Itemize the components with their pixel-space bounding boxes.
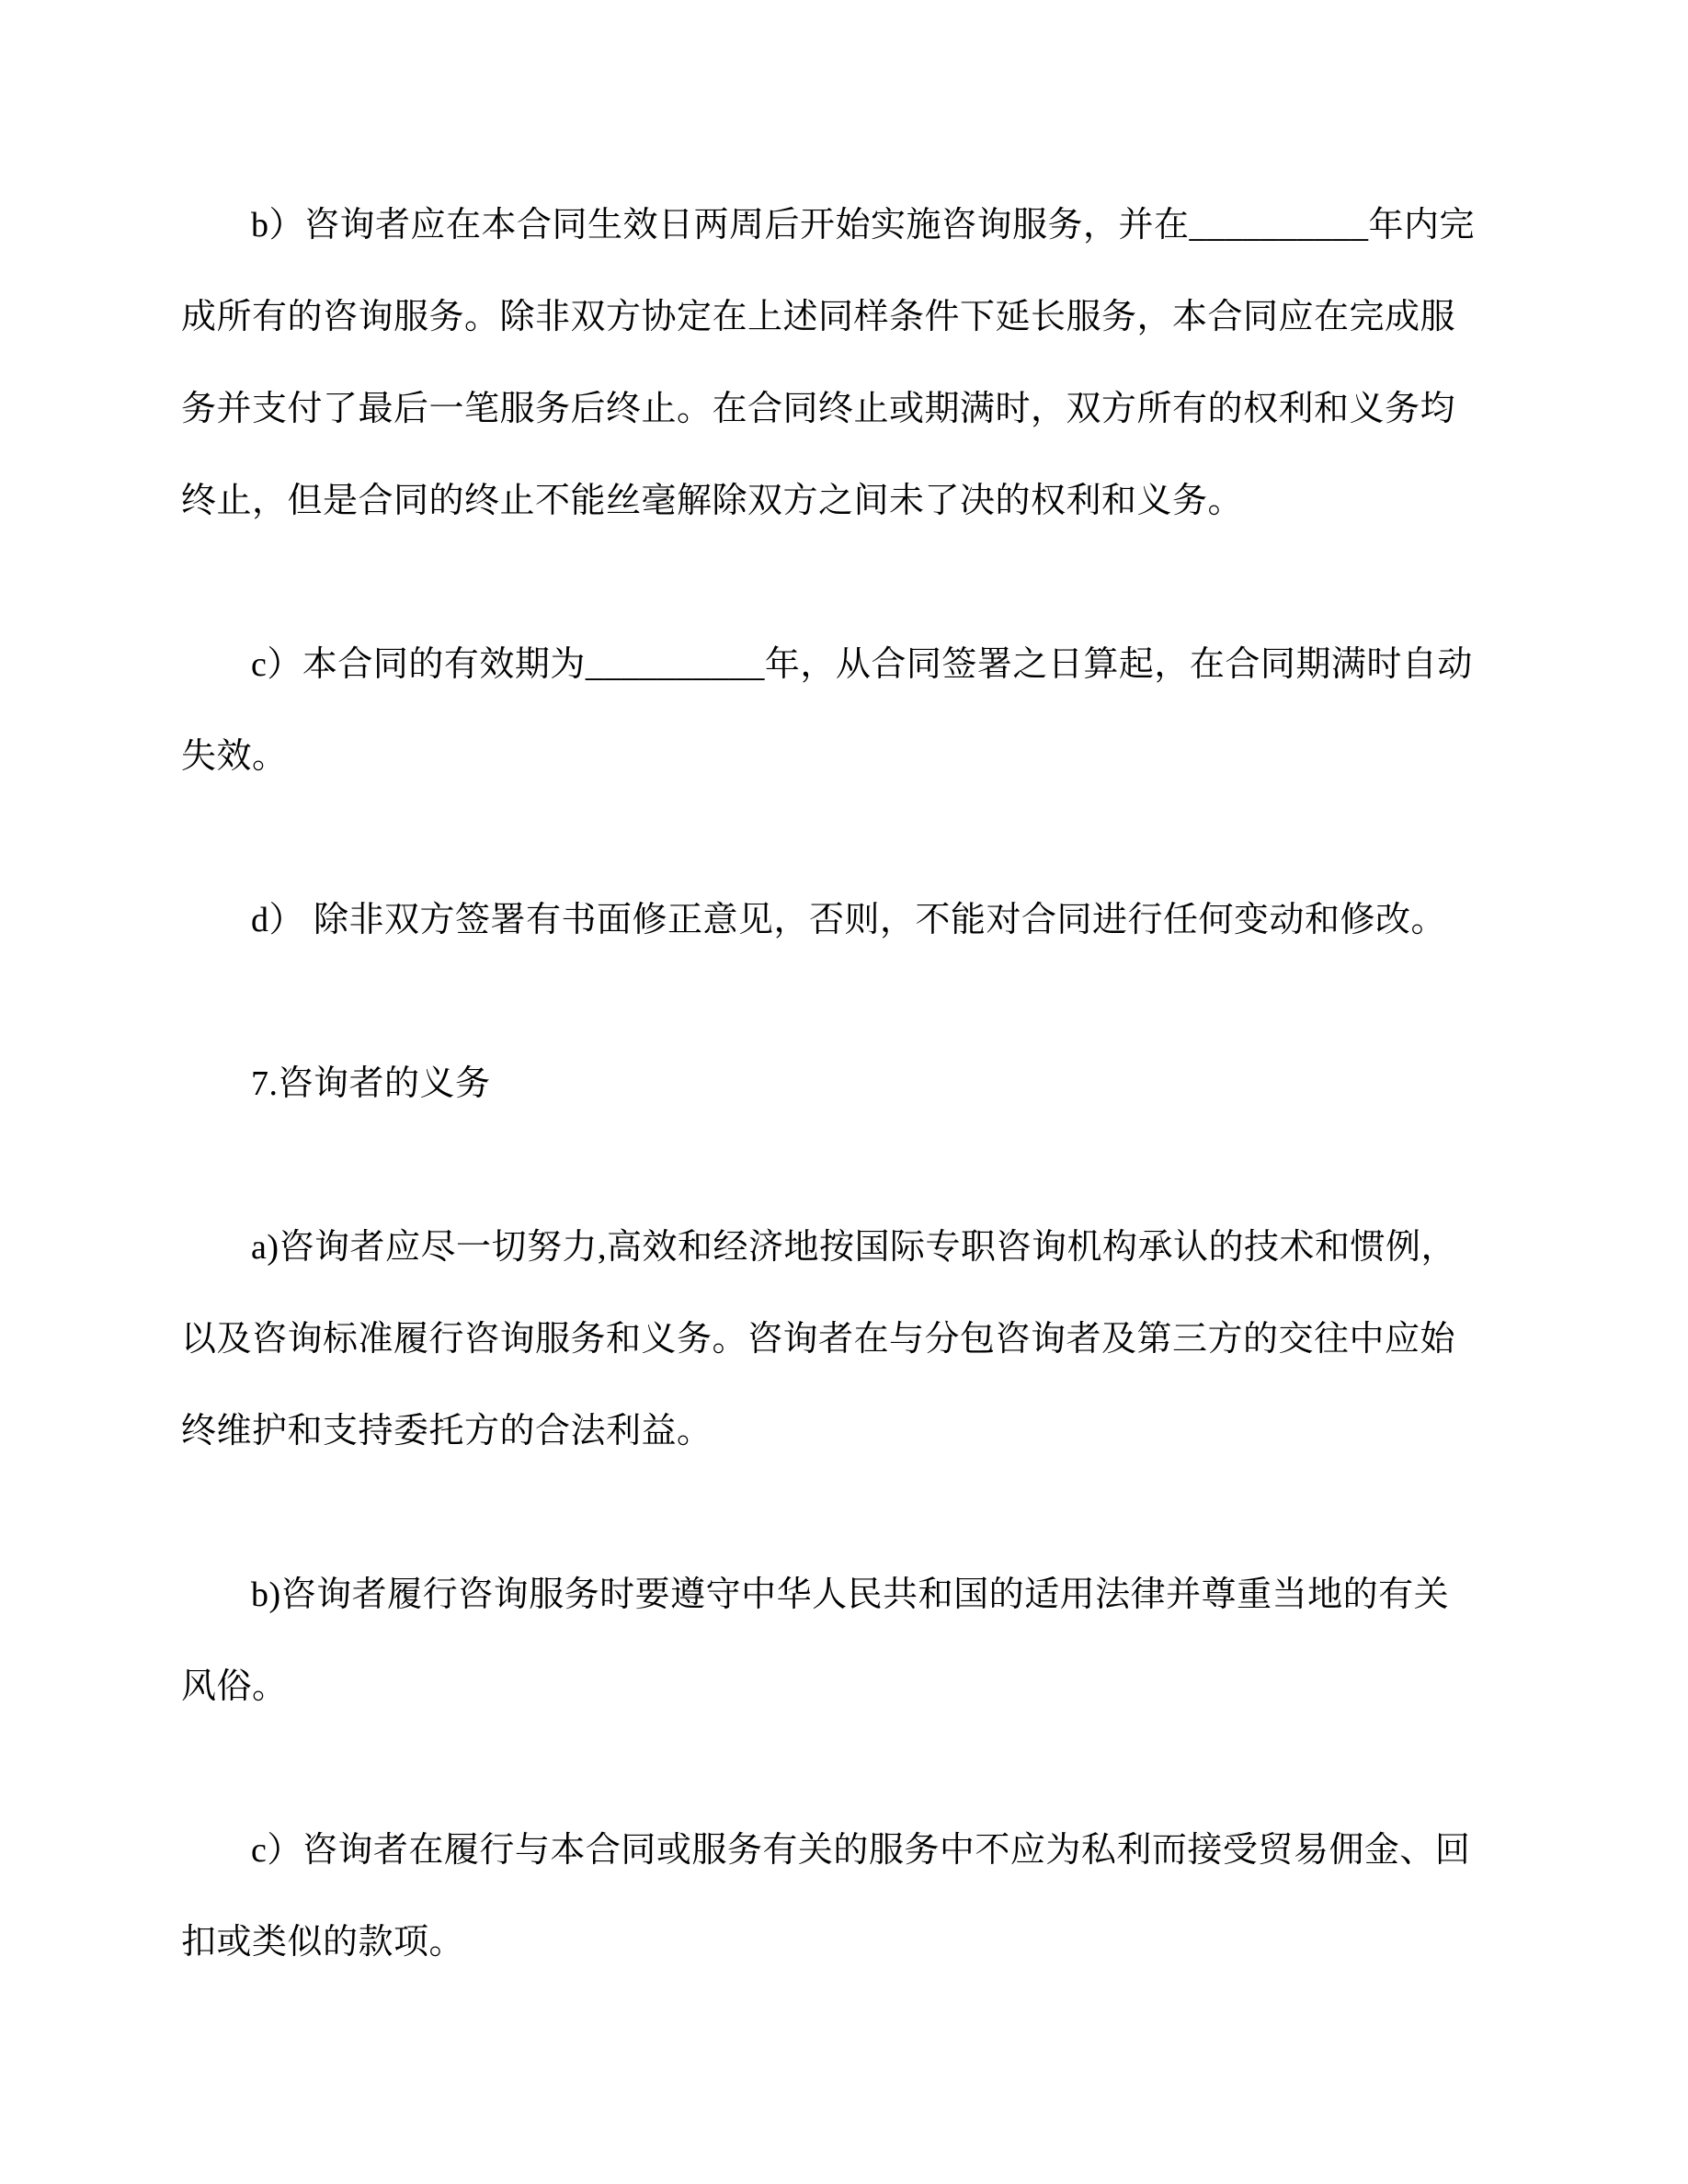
clause-7c-no-commissions: c）咨询者在履行与本合同或服务有关的服务中不应为私利而接受贸易佣金、回 扣或类似… [181, 1804, 1450, 1988]
text-line: c）咨询者在履行与本合同或服务有关的服务中不应为私利而接受贸易佣金、回 [181, 1804, 1450, 1896]
text-line: d） 除非双方签署有书面修正意见，否则，不能对合同进行任何变动和修改。 [181, 874, 1450, 966]
text-line: 务并支付了最后一笔服务后终止。在合同终止或期满时，双方所有的权利和义务均 [181, 363, 1450, 455]
text-line: b)咨询者履行咨询服务时要遵守中华人民共和国的适用法律并尊重当地的有关 [181, 1549, 1450, 1641]
contract-document-body: b）咨询者应在本合同生效日两周后开始实施咨询服务，并在__________年内完… [181, 179, 1450, 2060]
clause-7b-compliance-with-law: b)咨询者履行咨询服务时要遵守中华人民共和国的适用法律并尊重当地的有关 风俗。 [181, 1549, 1450, 1733]
text-line: 成所有的咨询服务。除非双方协定在上述同样条件下延长服务，本合同应在完成服 [181, 271, 1450, 363]
clause-6b-term-of-service: b）咨询者应在本合同生效日两周后开始实施咨询服务，并在__________年内完… [181, 179, 1450, 547]
text-line: 风俗。 [181, 1641, 1450, 1733]
clause-6c-validity-period: c）本合同的有效期为__________年，从合同签署之日算起，在合同期满时自动… [181, 619, 1450, 802]
clause-6d-amendments: d） 除非双方签署有书面修正意见，否则，不能对合同进行任何变动和修改。 [181, 874, 1450, 966]
section-7-heading: 7.咨询者的义务 [181, 1038, 1450, 1130]
text-line: 终维护和支持委托方的合法利益。 [181, 1385, 1450, 1477]
text-line: 终止，但是合同的终止不能丝毫解除双方之间未了决的权利和义务。 [181, 455, 1450, 547]
text-line: 扣或类似的款项。 [181, 1896, 1450, 1988]
text-line: a)咨询者应尽一切努力,高效和经济地按国际专职咨询机构承认的技术和惯例， [181, 1201, 1450, 1293]
text-line: 失效。 [181, 711, 1450, 802]
text-line: 以及咨询标准履行咨询服务和义务。咨询者在与分包咨询者及第三方的交往中应始 [181, 1293, 1450, 1385]
section-heading: 7.咨询者的义务 [181, 1038, 1450, 1130]
text-line: b）咨询者应在本合同生效日两周后开始实施咨询服务，并在__________年内完 [181, 179, 1450, 271]
text-line: c）本合同的有效期为__________年，从合同签署之日算起，在合同期满时自动 [181, 619, 1450, 711]
contract-page: b）咨询者应在本合同生效日两周后开始实施咨询服务，并在__________年内完… [0, 0, 1688, 2184]
clause-7a-best-efforts: a)咨询者应尽一切努力,高效和经济地按国际专职咨询机构承认的技术和惯例， 以及咨… [181, 1201, 1450, 1477]
